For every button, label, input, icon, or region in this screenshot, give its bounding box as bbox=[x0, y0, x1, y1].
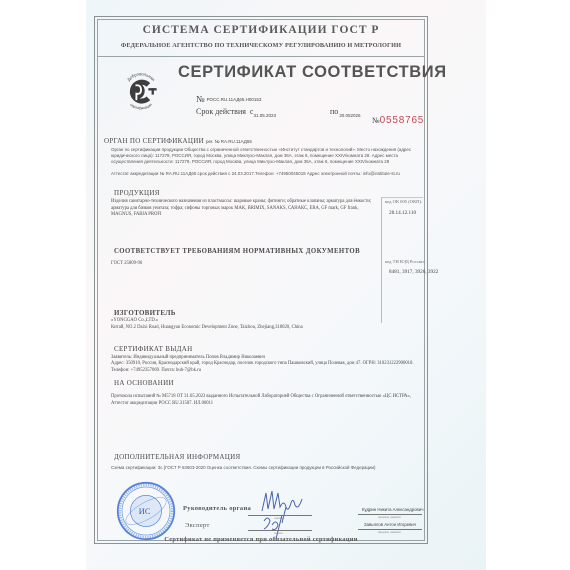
okp-value: 28.14.12.110 bbox=[389, 210, 416, 216]
certificate-title: СЕРТИФИКАТ СООТВЕТСТВИЯ bbox=[178, 63, 418, 82]
tnved-value: 8481, 3917, 3926, 3922 bbox=[389, 269, 438, 275]
manufacturer-heading: ИЗГОТОВИТЕЛЬ bbox=[114, 309, 176, 317]
footer-note: Сертификат не применяется при обязательн… bbox=[97, 536, 425, 543]
compliance-standard: ГОСТ 25809-96 bbox=[111, 261, 142, 268]
tnved-label: код ТН ВЭД России: bbox=[385, 259, 425, 264]
certificate-number: №РОСС.RU.11АД65.Н00153 bbox=[196, 94, 261, 104]
basis-text: Протокола испытаний № М5718 ОТ 31.05.202… bbox=[111, 394, 426, 407]
expert-label: Эксперт bbox=[185, 522, 210, 529]
validity-label: Срок действия bbox=[196, 107, 246, 116]
certification-body-text: Орган по сертификации продукции Общества… bbox=[111, 147, 421, 166]
okp-label: код ОК 005 (ОКП): bbox=[385, 199, 422, 204]
expert-name-line bbox=[358, 529, 422, 530]
issued-to-heading: СЕРТИФИКАТ ВЫДАН bbox=[114, 345, 192, 353]
expert-sign-caption: подпись bbox=[274, 532, 283, 535]
certification-body-heading: ОРГАН ПО СЕРТИФИКАЦИИ рег. № RA.RU.11АД6… bbox=[104, 137, 252, 145]
certification-body-title: ОРГАН ПО СЕРТИФИКАЦИИ bbox=[104, 137, 204, 145]
additional-text: Схема сертификации: 3с (ГОСТ Р 53603-202… bbox=[111, 465, 421, 471]
valid-from: 31.05.2023 bbox=[253, 113, 276, 118]
additional-heading: ДОПОЛНИТЕЛЬНАЯ ИНФОРМАЦИЯ bbox=[114, 453, 240, 461]
tnved-box bbox=[381, 257, 423, 323]
svg-text:сертификация: сертификация bbox=[129, 103, 153, 111]
certification-body-reg: рег. № RA.RU.11АД65 bbox=[206, 139, 252, 144]
system-title: СИСТЕМА СЕРТИФИКАЦИИ ГОСТ Р bbox=[97, 24, 425, 36]
serial-number: №0558765 bbox=[372, 115, 424, 126]
head-name: Кудрин Никита Александрович bbox=[362, 507, 423, 512]
svg-text:ИС: ИС bbox=[139, 507, 151, 516]
agency-title: ФЕДЕРАЛЬНОЕ АГЕНТСТВО ПО ТЕХНИЧЕСКОМУ РЕ… bbox=[97, 42, 425, 49]
okp-box bbox=[381, 197, 423, 259]
head-name-line bbox=[358, 514, 422, 515]
product-heading: ПРОДУКЦИЯ bbox=[114, 189, 160, 197]
manufacturer-address: Китай, NO.2 Daixi Road, Huangyan Economi… bbox=[111, 325, 421, 332]
manufacturer-name: «YONGGAO Co.,LTD.» bbox=[111, 318, 158, 325]
header-divider bbox=[97, 56, 425, 57]
expert-sign-line bbox=[248, 530, 312, 531]
serial-label: № bbox=[372, 116, 380, 125]
expert-name: Завьялов Антон Игоревич bbox=[364, 522, 416, 527]
product-text: Изделия санитарно-технического назначени… bbox=[111, 199, 379, 219]
official-seal-icon: ИС bbox=[116, 481, 176, 541]
serial-value: 0558765 bbox=[380, 115, 425, 126]
basis-heading: НА ОСНОВАНИИ bbox=[114, 379, 174, 387]
valid-to: 30.052026 bbox=[339, 113, 360, 118]
applicant-address: Адрес: 350910, Россия, Краснодарский кра… bbox=[111, 361, 426, 374]
number-value: РОСС.RU.11АД65.Н00153 bbox=[207, 97, 262, 102]
expert-name-caption: инициалы, фамилия bbox=[378, 531, 401, 534]
head-name-caption: инициалы, фамилия bbox=[378, 516, 401, 519]
accreditation-text: Аттестат аккредитации № RA.RU.11АД65 сро… bbox=[111, 171, 421, 177]
compliance-heading: СООТВЕТСТВУЕТ ТРЕБОВАНИЯМ НОРМАТИВНЫХ ДО… bbox=[114, 248, 360, 255]
head-label: Руководитель органа bbox=[183, 505, 251, 512]
validity-period: Срок действия с31.05.2023 по30.052026 bbox=[196, 107, 276, 116]
rst-logo-icon: Добровольная сертификация bbox=[118, 67, 164, 113]
number-label: № bbox=[196, 94, 205, 104]
to-label: по bbox=[330, 107, 338, 116]
